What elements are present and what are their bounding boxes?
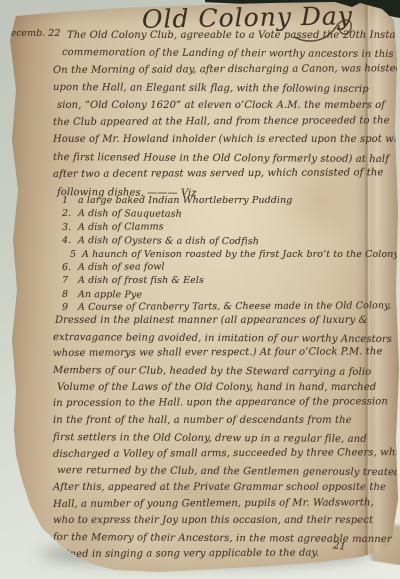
margin-day-label: Fryday bbox=[11, 4, 43, 16]
manuscript-line: Members of our Club, headed by the Stewa… bbox=[53, 363, 375, 382]
menu-item-number: 3. bbox=[62, 221, 78, 234]
manuscript-line: after two a decent repast was served up,… bbox=[53, 164, 375, 183]
manuscript-line: whose memorys we shall ever respect.) At… bbox=[53, 345, 375, 363]
manuscript-line: Hall, a number of young Gentlemen, pupil… bbox=[53, 495, 375, 513]
margin-date-label: Decemb. 22 bbox=[3, 28, 60, 39]
menu-item-number: 6. bbox=[62, 261, 78, 274]
manuscript-line: sion, “Old Colony 1620” at eleven o’Cloc… bbox=[53, 97, 375, 114]
menu-item-number: 1 bbox=[62, 194, 78, 207]
menu-item-text: A haunch of Venison roasted by the first… bbox=[82, 249, 399, 260]
menu-item-number: 8 bbox=[62, 288, 78, 302]
manuscript-line: Dressed in the plainest manner (all appe… bbox=[53, 313, 375, 330]
opening-paragraph: The Old Colony Club, agreeable to a Vote… bbox=[53, 27, 375, 201]
manuscript-line: upon the Hall, an Elegant silk flag, wit… bbox=[53, 79, 375, 98]
photo-background: Fryday Decemb. 22 Old Colony Day The Old… bbox=[0, 0, 400, 579]
manuscript-line: who to express their Joy upon this occas… bbox=[53, 513, 375, 530]
menu-item: 1a large baked Indian Whortleberry Puddi… bbox=[62, 194, 374, 207]
menu-item: 6.A dish of sea fowl bbox=[62, 259, 374, 274]
menu-item-text: An apple Pye bbox=[78, 289, 142, 300]
manuscript-line: were returned by the Club, and the Gentl… bbox=[53, 463, 375, 482]
manuscript-line: joined in singing a song very applicable… bbox=[53, 545, 375, 563]
manuscript-line: After this, appeared at the Private Gram… bbox=[53, 480, 375, 497]
menu-item-text: A Course of Cranberry Tarts, & Cheese ma… bbox=[78, 300, 391, 313]
menu-item-text: a large baked Indian Whortleberry Puddin… bbox=[78, 195, 292, 206]
menu-item-number: 7 bbox=[62, 274, 78, 287]
manuscript-line: House of Mr. Howland inholder (which is … bbox=[53, 131, 375, 148]
menu-item-text: A dish of Sauquetash bbox=[78, 208, 182, 220]
menu-item-number: 2. bbox=[62, 207, 78, 221]
menu-item: 3.A dish of Clamms bbox=[62, 219, 374, 234]
manuscript-line: in procession to the Hall. upon the appe… bbox=[53, 395, 375, 413]
menu-item-text: A dish of Clamms bbox=[78, 221, 164, 232]
manuscript-line: On the Morning of said day, after discha… bbox=[53, 60, 375, 79]
menu-item-text: A dish of frost fish & Eels bbox=[78, 275, 204, 286]
menu-item-number: 5 bbox=[66, 248, 82, 261]
menu-item-number: 4. bbox=[62, 234, 78, 248]
dinner-menu-list: 1a large baked Indian Whortleberry Puddi… bbox=[62, 194, 374, 315]
page-mark: 21 bbox=[332, 540, 346, 552]
menu-item-text: A dish of Oysters & a dish of Codfish bbox=[78, 235, 259, 247]
manuscript-line: the Club appeared at the Hall, and from … bbox=[53, 112, 375, 131]
manuscript-line: in the front of the hall, a number of de… bbox=[53, 413, 375, 430]
menu-item: 4.A dish of Oysters & a dish of Codfish bbox=[62, 234, 374, 249]
closing-paragraph: Dressed in the plainest manner (all appe… bbox=[53, 313, 375, 563]
menu-item-text: A dish of sea fowl bbox=[78, 261, 165, 272]
manuscript-line: The Old Colony Club, agreeable to a Vote… bbox=[53, 27, 375, 44]
manuscript-page: Fryday Decemb. 22 Old Colony Day The Old… bbox=[0, 0, 400, 579]
manuscript-line: discharged a Volley of small arms, succe… bbox=[53, 445, 375, 463]
menu-item: 7A dish of frost fish & Eels bbox=[62, 274, 374, 287]
